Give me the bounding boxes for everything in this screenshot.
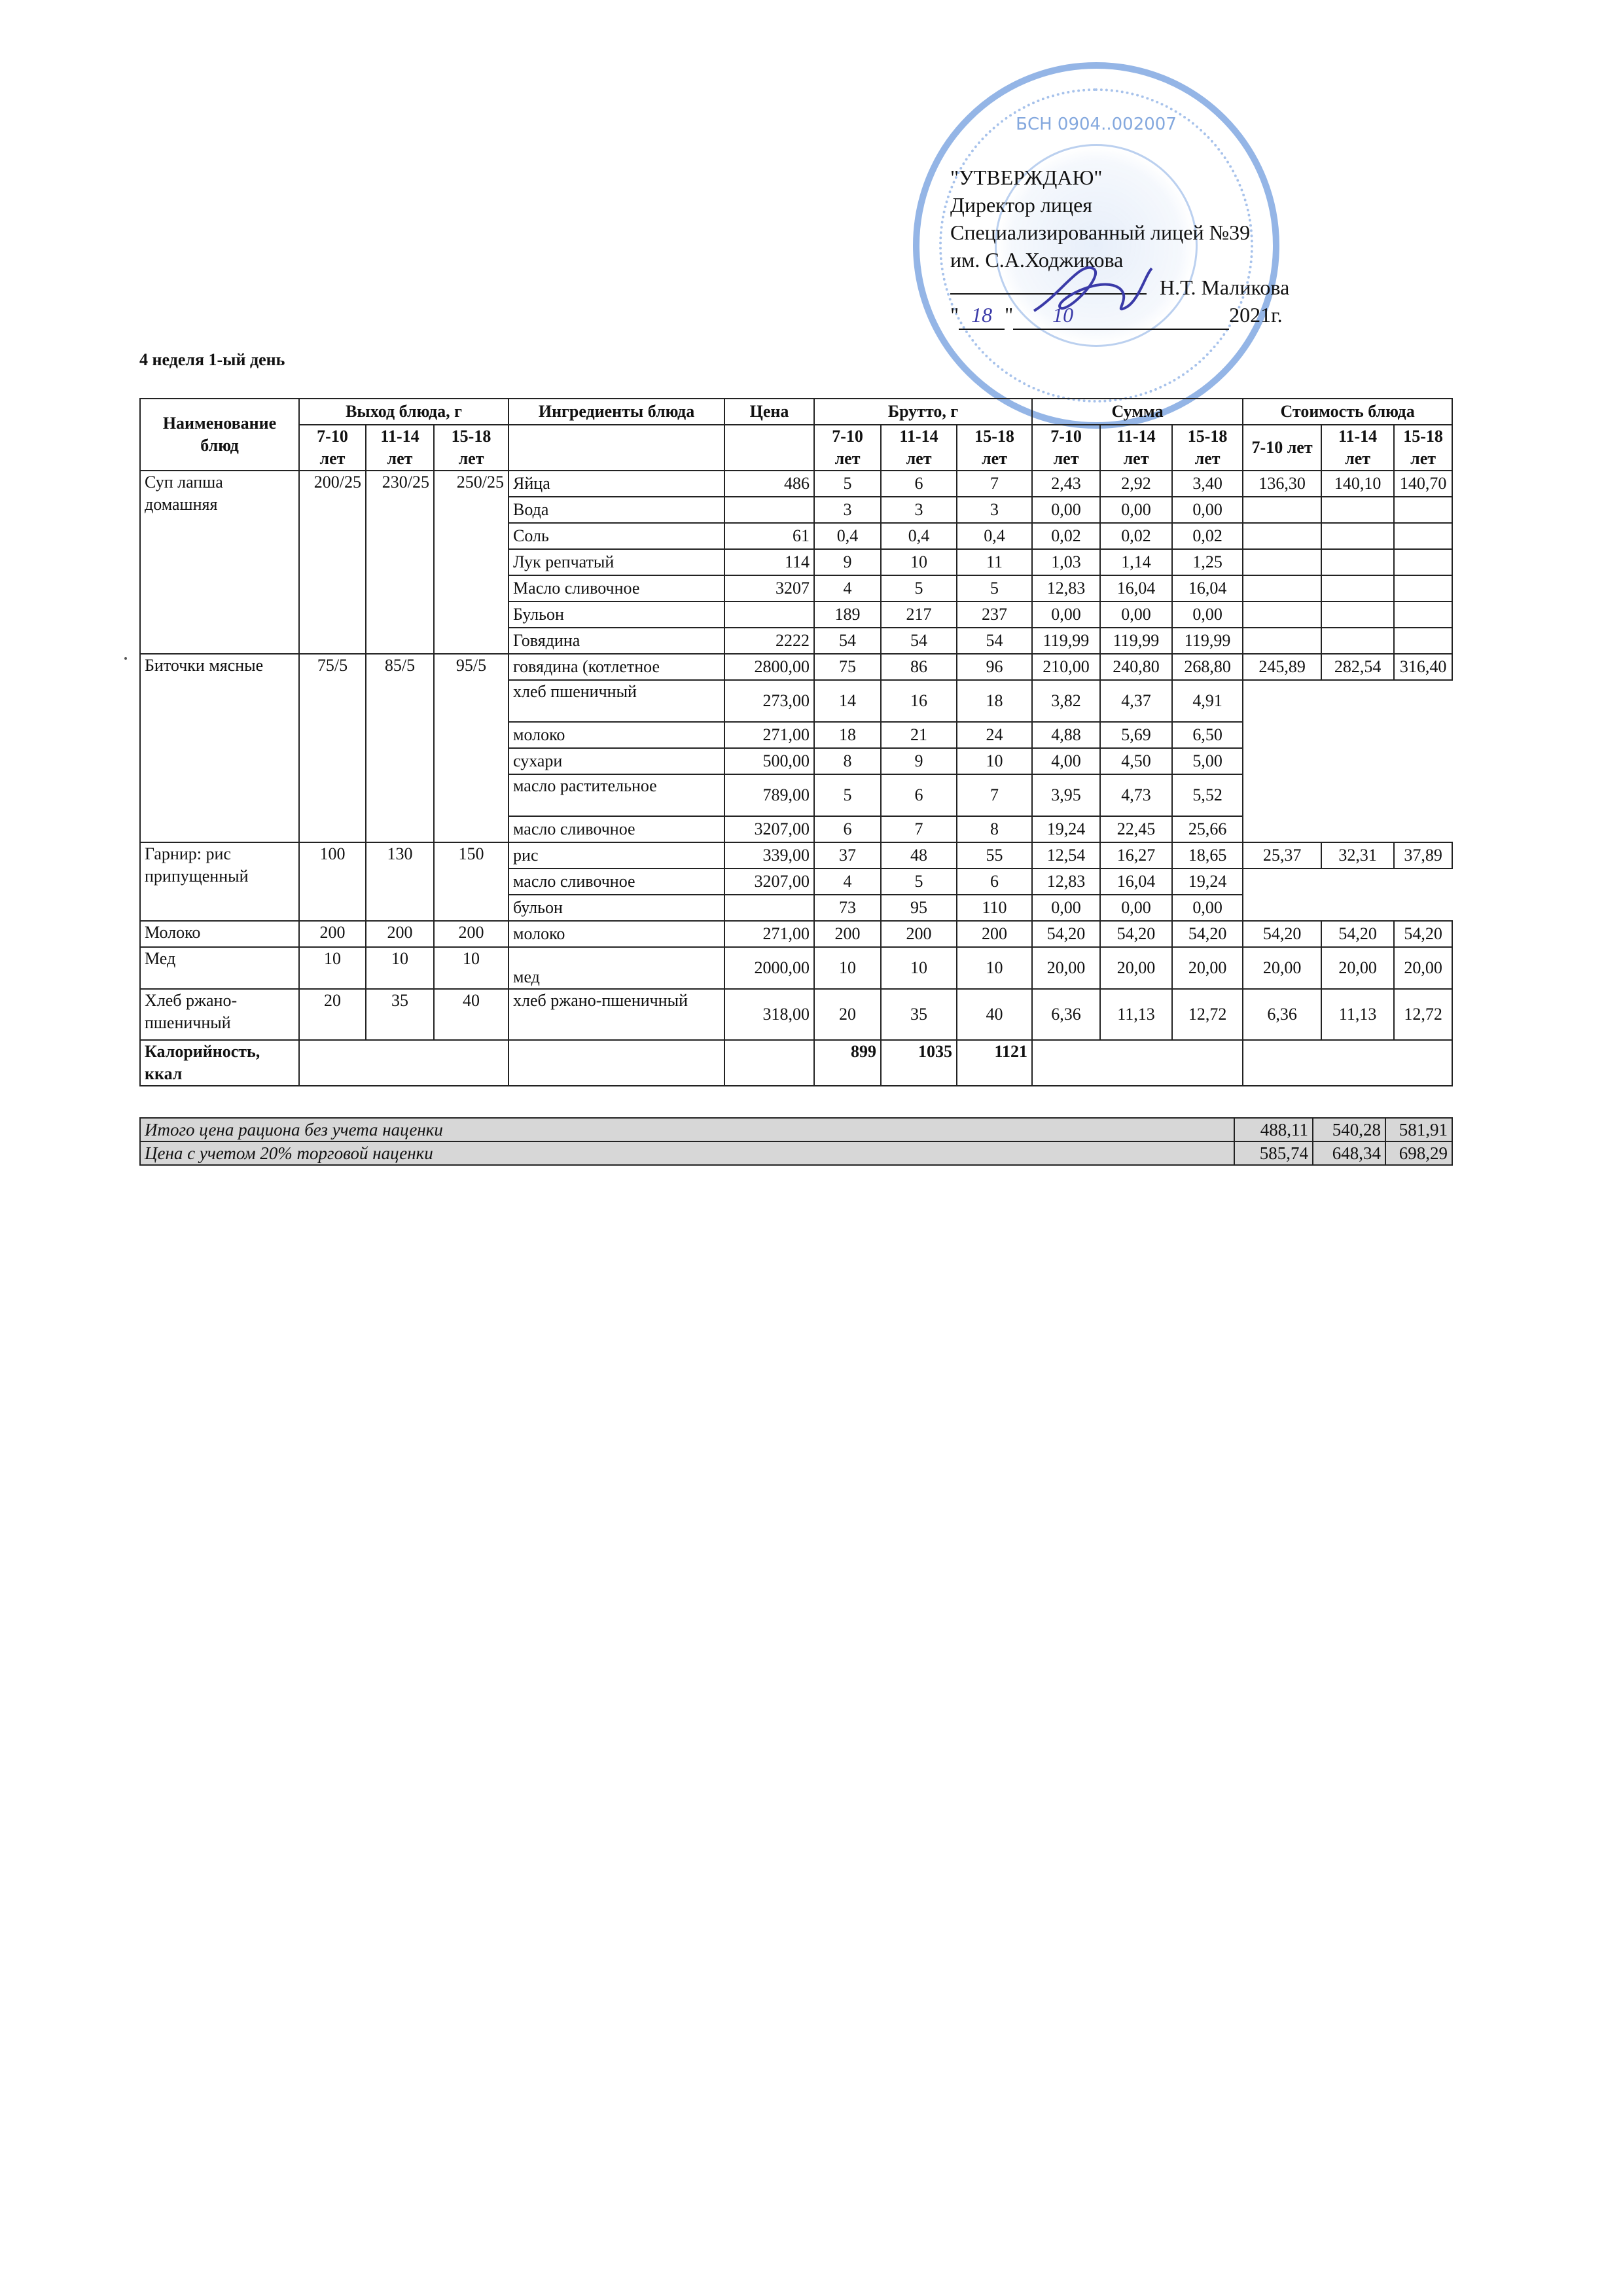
table-row: Мед101010мед2000,0010101020,0020,0020,00… bbox=[140, 947, 1452, 989]
ingredient-sum: 0,02 bbox=[1032, 523, 1100, 549]
ingredient-sum: 54,20 bbox=[1172, 921, 1243, 947]
ingredient-sum: 0,00 bbox=[1032, 895, 1100, 921]
summary-value: 581,91 bbox=[1385, 1118, 1452, 1141]
calories-blank bbox=[1243, 1040, 1452, 1086]
ingredient-price bbox=[724, 497, 814, 523]
ingredient-gross: 11 bbox=[957, 549, 1032, 575]
ingredient-gross: 96 bbox=[957, 654, 1032, 680]
dish-cost-empty bbox=[1321, 628, 1394, 654]
dish-yield: 95/5 bbox=[434, 654, 508, 842]
ingredient-sum: 1,03 bbox=[1032, 549, 1100, 575]
header-sum: Сумма bbox=[1032, 399, 1243, 425]
ingredient-gross: 110 bbox=[957, 895, 1032, 921]
ingredient-sum: 119,99 bbox=[1032, 628, 1100, 654]
ingredient-gross: 4 bbox=[814, 575, 881, 601]
summary-value: 585,74 bbox=[1234, 1141, 1313, 1165]
dish-yield: 200/25 bbox=[299, 471, 366, 654]
dish-cost: 245,89 bbox=[1243, 654, 1321, 680]
dish-yield: 10 bbox=[366, 947, 434, 989]
dish-yield: 10 bbox=[299, 947, 366, 989]
calories-label: Калорийность, ккал bbox=[140, 1040, 299, 1086]
ingredient-gross: 95 bbox=[881, 895, 957, 921]
ingredient-name: масло растительное bbox=[508, 774, 724, 816]
header-cost-age-7-10: 7-10 лет bbox=[1243, 425, 1321, 471]
ingredient-name: Яйца bbox=[508, 471, 724, 497]
ingredient-gross: 0,4 bbox=[814, 523, 881, 549]
ingredient-price: 500,00 bbox=[724, 748, 814, 774]
ingredient-price: 3207 bbox=[724, 575, 814, 601]
table-row: Молоко200200200молоко271,0020020020054,2… bbox=[140, 921, 1452, 947]
ingredient-name: Бульон bbox=[508, 601, 724, 628]
ingredient-gross: 6 bbox=[957, 869, 1032, 895]
ingredient-sum: 0,00 bbox=[1172, 601, 1243, 628]
ingredient-gross: 10 bbox=[957, 947, 1032, 989]
ingredient-gross: 54 bbox=[814, 628, 881, 654]
calories-blank bbox=[299, 1040, 508, 1086]
ingredient-gross: 200 bbox=[881, 921, 957, 947]
ingredient-gross: 16 bbox=[881, 680, 957, 722]
ingredient-gross: 24 bbox=[957, 722, 1032, 748]
dish-name: Хлеб ржано-пшеничный bbox=[140, 989, 299, 1040]
ingredient-name: Вода bbox=[508, 497, 724, 523]
calories-blank bbox=[508, 1040, 724, 1086]
header-sum-age-15-18: 15-18лет bbox=[1172, 425, 1243, 471]
menu-table: Наименование блюд Выход блюда, г Ингреди… bbox=[139, 398, 1453, 1086]
ingredient-sum: 20,00 bbox=[1172, 947, 1243, 989]
ingredient-sum: 1,25 bbox=[1172, 549, 1243, 575]
summary-value: 648,34 bbox=[1313, 1141, 1385, 1165]
summary-label: Итого цена рациона без учета наценки bbox=[140, 1118, 1234, 1141]
header-yield-age-7-10: 7-10лет bbox=[299, 425, 366, 471]
ingredient-gross: 5 bbox=[814, 774, 881, 816]
ingredient-gross: 6 bbox=[881, 471, 957, 497]
dish-cost-empty bbox=[1243, 628, 1321, 654]
dish-cost-empty bbox=[1243, 549, 1321, 575]
ingredient-name: Лук репчатый bbox=[508, 549, 724, 575]
table-row: Гарнир: рис припущенный100130150рис339,0… bbox=[140, 842, 1452, 869]
ingredient-gross: 3 bbox=[881, 497, 957, 523]
date-quote-close: " bbox=[1005, 303, 1013, 327]
calories-blank bbox=[1032, 1040, 1243, 1086]
summary-label: Цена с учетом 20% торговой наценки bbox=[140, 1141, 1234, 1165]
ingredient-gross: 5 bbox=[881, 869, 957, 895]
dish-cost-empty bbox=[1321, 601, 1394, 628]
header-sum-age-7-10: 7-10лет bbox=[1032, 425, 1100, 471]
approval-org: Специализированный лицей №39 bbox=[950, 219, 1289, 246]
dish-cost-empty bbox=[1243, 601, 1321, 628]
calories-value: 1035 bbox=[881, 1040, 957, 1086]
ingredient-price: 2000,00 bbox=[724, 947, 814, 989]
summary-table: Итого цена рациона без учета наценки488,… bbox=[139, 1117, 1453, 1166]
ingredient-sum: 0,02 bbox=[1172, 523, 1243, 549]
dish-cost-empty bbox=[1394, 628, 1452, 654]
dish-cost: 316,40 bbox=[1394, 654, 1452, 680]
dish-cost: 6,36 bbox=[1243, 989, 1321, 1040]
calories-blank bbox=[724, 1040, 814, 1086]
dish-cost: 20,00 bbox=[1394, 947, 1452, 989]
ingredient-price: 789,00 bbox=[724, 774, 814, 816]
dish-cost-empty bbox=[1321, 497, 1394, 523]
summary-value: 488,11 bbox=[1234, 1118, 1313, 1141]
ingredient-sum: 4,50 bbox=[1100, 748, 1172, 774]
dish-cost: 54,20 bbox=[1243, 921, 1321, 947]
dish-cost: 37,89 bbox=[1394, 842, 1452, 869]
header-gross-age-7-10: 7-10лет bbox=[814, 425, 881, 471]
ingredient-sum: 0,00 bbox=[1172, 497, 1243, 523]
approval-title: "УТВЕРЖДАЮ" bbox=[950, 164, 1289, 191]
dish-yield: 130 bbox=[366, 842, 434, 921]
ingredient-price: 339,00 bbox=[724, 842, 814, 869]
ingredient-name: сухари bbox=[508, 748, 724, 774]
dish-name: Мед bbox=[140, 947, 299, 989]
ingredient-gross: 48 bbox=[881, 842, 957, 869]
ingredient-sum: 19,24 bbox=[1032, 816, 1100, 842]
dish-yield: 10 bbox=[434, 947, 508, 989]
ingredient-name: бульон bbox=[508, 895, 724, 921]
ingredient-gross: 9 bbox=[881, 748, 957, 774]
summary-row: Итого цена рациона без учета наценки488,… bbox=[140, 1118, 1452, 1141]
ingredient-sum: 6,50 bbox=[1172, 722, 1243, 748]
ingredient-gross: 4 bbox=[814, 869, 881, 895]
stamp-bin: БСН 0904..002007 bbox=[919, 115, 1273, 134]
table-row: Суп лапша домашняя200/25230/25250/25Яйца… bbox=[140, 471, 1452, 497]
ingredient-gross: 18 bbox=[814, 722, 881, 748]
summary-value: 698,29 bbox=[1385, 1141, 1452, 1165]
ingredient-sum: 0,00 bbox=[1172, 895, 1243, 921]
dish-cost: 54,20 bbox=[1321, 921, 1394, 947]
dish-cost: 25,37 bbox=[1243, 842, 1321, 869]
dish-cost-empty bbox=[1394, 601, 1452, 628]
dish-cost-empty bbox=[1394, 575, 1452, 601]
ingredient-sum: 18,65 bbox=[1172, 842, 1243, 869]
ingredient-name: говядина (котлетное bbox=[508, 654, 724, 680]
scan-speck bbox=[124, 657, 127, 660]
ingredient-gross: 40 bbox=[957, 989, 1032, 1040]
ingredient-sum: 0,00 bbox=[1100, 601, 1172, 628]
ingredient-gross: 8 bbox=[957, 816, 1032, 842]
header-dish-name: Наименование блюд bbox=[140, 399, 299, 471]
ingredient-sum: 119,99 bbox=[1172, 628, 1243, 654]
ingredient-sum: 268,80 bbox=[1172, 654, 1243, 680]
ingredient-sum: 240,80 bbox=[1100, 654, 1172, 680]
ingredient-sum: 4,37 bbox=[1100, 680, 1172, 722]
ingredient-gross: 200 bbox=[957, 921, 1032, 947]
dish-yield: 200 bbox=[366, 921, 434, 947]
ingredient-sum: 3,82 bbox=[1032, 680, 1100, 722]
ingredient-gross: 10 bbox=[881, 549, 957, 575]
ingredient-sum: 4,88 bbox=[1032, 722, 1100, 748]
dish-name: Суп лапша домашняя bbox=[140, 471, 299, 654]
header-ingredients: Ингредиенты блюда bbox=[508, 399, 724, 425]
ingredient-sum: 12,83 bbox=[1032, 869, 1100, 895]
ingredient-sum: 4,73 bbox=[1100, 774, 1172, 816]
ingredient-sum: 210,00 bbox=[1032, 654, 1100, 680]
dish-cost-empty bbox=[1243, 523, 1321, 549]
date-day: 18 bbox=[959, 301, 1005, 330]
ingredient-price: 61 bbox=[724, 523, 814, 549]
ingredient-name: молоко bbox=[508, 921, 724, 947]
ingredient-gross: 5 bbox=[957, 575, 1032, 601]
ingredient-sum: 20,00 bbox=[1032, 947, 1100, 989]
ingredient-sum: 22,45 bbox=[1100, 816, 1172, 842]
ingredient-sum: 0,00 bbox=[1032, 601, 1100, 628]
dish-cost-empty bbox=[1321, 575, 1394, 601]
summary-body: Итого цена рациона без учета наценки488,… bbox=[140, 1118, 1452, 1165]
ingredient-price: 3207,00 bbox=[724, 816, 814, 842]
table-row: Хлеб ржано-пшеничный203540хлеб ржано-пше… bbox=[140, 989, 1452, 1040]
ingredient-sum: 12,72 bbox=[1172, 989, 1243, 1040]
ingredient-sum: 16,04 bbox=[1172, 575, 1243, 601]
header-yield-age-11-14: 11-14лет bbox=[366, 425, 434, 471]
dish-cost-empty bbox=[1394, 497, 1452, 523]
ingredient-name: Соль bbox=[508, 523, 724, 549]
ingredient-gross: 54 bbox=[957, 628, 1032, 654]
dish-yield: 75/5 bbox=[299, 654, 366, 842]
age-header-row: 7-10лет11-14лет15-18лет7-10лет11-14лет15… bbox=[140, 425, 1452, 471]
dish-yield: 150 bbox=[434, 842, 508, 921]
header-cost-age-11-14: 11-14лет bbox=[1321, 425, 1394, 471]
ingredient-sum: 54,20 bbox=[1100, 921, 1172, 947]
day-title: 4 неделя 1-ый день bbox=[139, 350, 285, 370]
ingredient-price: 273,00 bbox=[724, 680, 814, 722]
ingredient-sum: 12,83 bbox=[1032, 575, 1100, 601]
ingredient-sum: 6,36 bbox=[1032, 989, 1100, 1040]
dish-yield: 200 bbox=[299, 921, 366, 947]
ingredient-price: 271,00 bbox=[724, 722, 814, 748]
ingredient-price bbox=[724, 601, 814, 628]
dish-yield: 100 bbox=[299, 842, 366, 921]
ingredient-sum: 5,69 bbox=[1100, 722, 1172, 748]
ingredient-gross: 14 bbox=[814, 680, 881, 722]
dish-name: Молоко bbox=[140, 921, 299, 947]
header-yield-age-15-18: 15-18лет bbox=[434, 425, 508, 471]
dish-yield: 230/25 bbox=[366, 471, 434, 654]
dish-yield: 85/5 bbox=[366, 654, 434, 842]
ingredient-price: 2222 bbox=[724, 628, 814, 654]
dish-cost-empty bbox=[1243, 869, 1452, 921]
ingredient-gross: 3 bbox=[957, 497, 1032, 523]
ingredient-sum: 25,66 bbox=[1172, 816, 1243, 842]
dish-cost-empty bbox=[1243, 575, 1321, 601]
ingredient-price: 3207,00 bbox=[724, 869, 814, 895]
dish-cost: 140,10 bbox=[1321, 471, 1394, 497]
ingredient-gross: 7 bbox=[957, 774, 1032, 816]
ingredient-gross: 10 bbox=[814, 947, 881, 989]
ingredient-gross: 200 bbox=[814, 921, 881, 947]
ingredient-sum: 3,95 bbox=[1032, 774, 1100, 816]
dish-cost-empty bbox=[1321, 549, 1394, 575]
ingredient-name: Говядина bbox=[508, 628, 724, 654]
ingredient-gross: 37 bbox=[814, 842, 881, 869]
ingredient-gross: 7 bbox=[881, 816, 957, 842]
calories-value: 899 bbox=[814, 1040, 881, 1086]
ingredient-price bbox=[724, 895, 814, 921]
ingredient-name: мед bbox=[508, 947, 724, 989]
ingredient-gross: 5 bbox=[881, 575, 957, 601]
ingredient-name: масло сливочное bbox=[508, 816, 724, 842]
dish-cost: 136,30 bbox=[1243, 471, 1321, 497]
ingredient-gross: 86 bbox=[881, 654, 957, 680]
header-price-blank bbox=[724, 425, 814, 471]
dish-name: Биточки мясные bbox=[140, 654, 299, 842]
header-cost: Стоимость блюда bbox=[1243, 399, 1452, 425]
ingredient-sum: 0,00 bbox=[1032, 497, 1100, 523]
ingredient-gross: 55 bbox=[957, 842, 1032, 869]
menu-body: Суп лапша домашняя200/25230/25250/25Яйца… bbox=[140, 471, 1452, 1086]
ingredient-sum: 54,20 bbox=[1032, 921, 1100, 947]
ingredient-price: 2800,00 bbox=[724, 654, 814, 680]
ingredient-gross: 35 bbox=[881, 989, 957, 1040]
ingredient-gross: 237 bbox=[957, 601, 1032, 628]
ingredient-price: 318,00 bbox=[724, 989, 814, 1040]
ingredient-gross: 21 bbox=[881, 722, 957, 748]
header-sum-age-11-14: 11-14лет bbox=[1100, 425, 1172, 471]
ingredient-name: молоко bbox=[508, 722, 724, 748]
header-ingredients-blank bbox=[508, 425, 724, 471]
ingredient-sum: 119,99 bbox=[1100, 628, 1172, 654]
ingredient-sum: 20,00 bbox=[1100, 947, 1172, 989]
dish-cost: 54,20 bbox=[1394, 921, 1452, 947]
ingredient-name: рис bbox=[508, 842, 724, 869]
ingredient-sum: 2,43 bbox=[1032, 471, 1100, 497]
ingredient-gross: 8 bbox=[814, 748, 881, 774]
ingredient-gross: 217 bbox=[881, 601, 957, 628]
approval-position: Директор лицея bbox=[950, 191, 1289, 219]
ingredient-sum: 5,52 bbox=[1172, 774, 1243, 816]
header-price: Цена bbox=[724, 399, 814, 425]
ingredient-sum: 4,00 bbox=[1032, 748, 1100, 774]
dish-cost-empty bbox=[1243, 680, 1452, 842]
dish-cost: 20,00 bbox=[1243, 947, 1321, 989]
header-gross-age-15-18: 15-18лет bbox=[957, 425, 1032, 471]
ingredient-price: 114 bbox=[724, 549, 814, 575]
ingredient-gross: 0,4 bbox=[957, 523, 1032, 549]
header-yield: Выход блюда, г bbox=[299, 399, 508, 425]
ingredient-sum: 12,54 bbox=[1032, 842, 1100, 869]
ingredient-sum: 3,40 bbox=[1172, 471, 1243, 497]
dish-yield: 200 bbox=[434, 921, 508, 947]
header-gross: Брутто, г bbox=[814, 399, 1032, 425]
ingredient-sum: 0,00 bbox=[1100, 497, 1172, 523]
dish-cost-empty bbox=[1243, 497, 1321, 523]
ingredient-gross: 5 bbox=[814, 471, 881, 497]
dish-cost-empty bbox=[1321, 523, 1394, 549]
table-row: Биточки мясные75/585/595/5говядина (котл… bbox=[140, 654, 1452, 680]
dish-cost: 282,54 bbox=[1321, 654, 1394, 680]
ingredient-sum: 2,92 bbox=[1100, 471, 1172, 497]
director-name: Н.Т. Маликова bbox=[1160, 276, 1289, 299]
calories-row: Калорийность, ккал89910351121 bbox=[140, 1040, 1452, 1086]
dish-cost: 12,72 bbox=[1394, 989, 1452, 1040]
dish-yield: 35 bbox=[366, 989, 434, 1040]
ingredient-gross: 10 bbox=[957, 748, 1032, 774]
ingredient-gross: 189 bbox=[814, 601, 881, 628]
dish-cost: 11,13 bbox=[1321, 989, 1394, 1040]
header-gross-age-11-14: 11-14лет bbox=[881, 425, 957, 471]
ingredient-sum: 11,13 bbox=[1100, 989, 1172, 1040]
calories-value: 1121 bbox=[957, 1040, 1032, 1086]
signature-icon bbox=[1021, 249, 1171, 327]
ingredient-gross: 54 bbox=[881, 628, 957, 654]
ingredient-name: Масло сливочное bbox=[508, 575, 724, 601]
dish-cost: 32,31 bbox=[1321, 842, 1394, 869]
ingredient-gross: 7 bbox=[957, 471, 1032, 497]
dish-cost-empty bbox=[1394, 523, 1452, 549]
ingredient-price: 486 bbox=[724, 471, 814, 497]
summary-value: 540,28 bbox=[1313, 1118, 1385, 1141]
ingredient-gross: 6 bbox=[814, 816, 881, 842]
ingredient-name: хлеб пшеничный bbox=[508, 680, 724, 722]
ingredient-gross: 3 bbox=[814, 497, 881, 523]
ingredient-sum: 0,00 bbox=[1100, 895, 1172, 921]
ingredient-sum: 0,02 bbox=[1100, 523, 1172, 549]
header-cost-age-15-18: 15-18лет bbox=[1394, 425, 1452, 471]
ingredient-sum: 1,14 bbox=[1100, 549, 1172, 575]
dish-cost: 20,00 bbox=[1321, 947, 1394, 989]
ingredient-sum: 16,04 bbox=[1100, 869, 1172, 895]
ingredient-name: хлеб ржано-пшеничный bbox=[508, 989, 724, 1040]
dish-yield: 40 bbox=[434, 989, 508, 1040]
summary-row: Цена с учетом 20% торговой наценки585,74… bbox=[140, 1141, 1452, 1165]
ingredient-sum: 16,04 bbox=[1100, 575, 1172, 601]
ingredient-gross: 10 bbox=[881, 947, 957, 989]
ingredient-gross: 6 bbox=[881, 774, 957, 816]
dish-cost: 140,70 bbox=[1394, 471, 1452, 497]
ingredient-gross: 18 bbox=[957, 680, 1032, 722]
dish-yield: 250/25 bbox=[434, 471, 508, 654]
ingredient-name: масло сливочное bbox=[508, 869, 724, 895]
ingredient-sum: 4,91 bbox=[1172, 680, 1243, 722]
dish-yield: 20 bbox=[299, 989, 366, 1040]
ingredient-gross: 20 bbox=[814, 989, 881, 1040]
dish-cost-empty bbox=[1394, 549, 1452, 575]
ingredient-gross: 0,4 bbox=[881, 523, 957, 549]
ingredient-sum: 16,27 bbox=[1100, 842, 1172, 869]
ingredient-gross: 73 bbox=[814, 895, 881, 921]
ingredient-price: 271,00 bbox=[724, 921, 814, 947]
ingredient-gross: 9 bbox=[814, 549, 881, 575]
date-year: 2021г. bbox=[1229, 303, 1283, 327]
ingredient-gross: 75 bbox=[814, 654, 881, 680]
ingredient-sum: 5,00 bbox=[1172, 748, 1243, 774]
date-quote-open: " bbox=[950, 303, 959, 327]
dish-name: Гарнир: рис припущенный bbox=[140, 842, 299, 921]
ingredient-sum: 19,24 bbox=[1172, 869, 1243, 895]
